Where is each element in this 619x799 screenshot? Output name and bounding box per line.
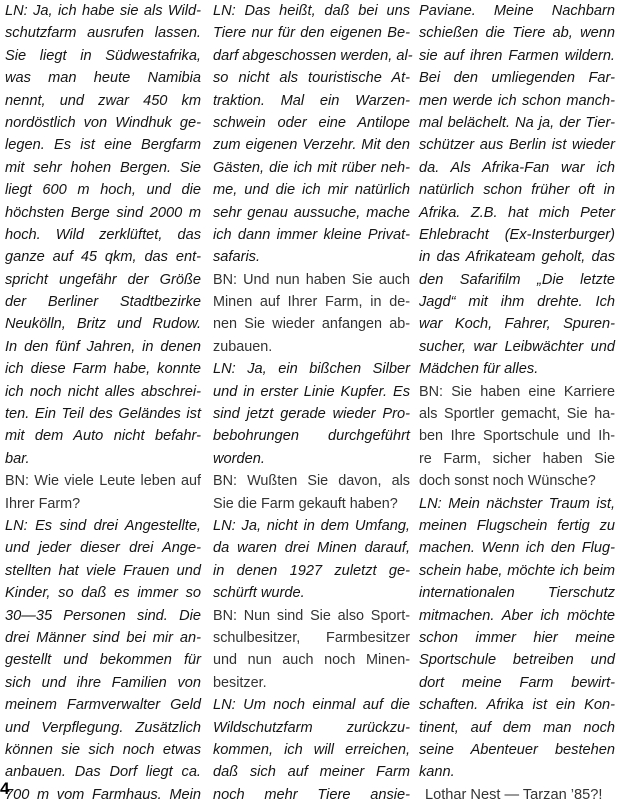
answer-text-line: Kinder, so daß es immer so: [5, 582, 201, 604]
answer-text-line: ganze auf 45 qkm, das ent-: [5, 246, 201, 268]
answer-text-line: Tiere nur für den eigenen Be-: [213, 22, 410, 44]
answer-text-line: 30—35 Personen sind. Die: [5, 605, 201, 627]
answer-text-line: traktion. Mal ein Warzen-: [213, 90, 410, 112]
answer-text-line: mit sehr hohen Bergen. Sie: [5, 157, 201, 179]
answer-text-line: drei Männer sind bei mir an-: [5, 627, 201, 649]
answer-text-line: sucher, war Leibwächter und: [419, 336, 615, 358]
answer-text-line: mitmachen. Aber ich möchte: [419, 605, 615, 627]
question-text-line: BN: Nun sind Sie also Sport-: [213, 605, 410, 627]
question-text-line: nen Sie wieder anfangen ab-: [213, 313, 410, 335]
question-text-line: und nun auch noch Minen-: [213, 649, 410, 671]
answer-text-line: Afrika. Z.B. hat mich Peter: [419, 202, 615, 224]
answer-text-line: sich und ihre Familien von: [5, 672, 201, 694]
answer-text-line: so nicht als touristische At-: [213, 67, 410, 89]
answer-text-line: in denen 1927 zuletzt ge-: [213, 560, 410, 582]
answer-text-line: was man heute Namibia: [5, 67, 201, 89]
question-text-line: doch sonst noch Wünsche?: [419, 470, 615, 492]
answer-text-line: darf abgeschossen werden, al-: [213, 45, 410, 67]
question-text-line: Minen auf Ihrer Farm, in de-: [213, 291, 410, 313]
answer-text-line: und Verpflegung. Zusätzlich: [5, 717, 201, 739]
page-number: 4: [0, 780, 9, 798]
answer-text-line: Wildschutzfarm zurückzu-: [213, 717, 410, 739]
question-text-line: zubauen.: [213, 336, 410, 358]
answer-text-line: Sportschule betreiben und: [419, 649, 615, 671]
answer-text-line: worden.: [213, 448, 410, 470]
answer-text-line: machen. Wenn ich den Flug-: [419, 537, 615, 559]
answer-text-line: mit dem Auto nicht befahr-: [5, 425, 201, 447]
answer-text-line: höchsten Berge sind 2000 m: [5, 202, 201, 224]
answer-text-line: LN: Ja, ich habe sie als Wild-: [5, 0, 201, 22]
question-text-line: besitzer.: [213, 672, 410, 694]
answer-text-line: safaris.: [213, 246, 410, 268]
answer-text-line: schein habe, möchte ich beim: [419, 560, 615, 582]
answer-text-line: men werde ich schon manch-: [419, 90, 615, 112]
answer-text-line: bar.: [5, 448, 201, 470]
answer-text-line: meinem Farmverwalter Geld: [5, 694, 201, 716]
answer-text-line: und in erster Linie Kupfer. Es: [213, 381, 410, 403]
answer-text-line: natürlich schon früher oft in: [419, 179, 615, 201]
answer-text-line: tinent, auf dem man noch: [419, 717, 615, 739]
answer-text-line: seine Abenteuer bestehen: [419, 739, 615, 761]
answer-text-line: können sie sich noch etwas: [5, 739, 201, 761]
answer-text-line: In den fünf Jahren, in denen: [5, 336, 201, 358]
answer-text-line: mal belächelt. Na ja, der Tier-: [419, 112, 615, 134]
answer-text-line: Neukölln, Britz und Rudow.: [5, 313, 201, 335]
answer-text-line: LN: Ja, ein bißchen Silber: [213, 358, 410, 380]
question-text-line: Ihrer Farm?: [5, 493, 201, 515]
answer-text-line: nennt, und zwar 450 km: [5, 90, 201, 112]
answer-text-line: daß sich auf meiner Farm: [213, 761, 410, 783]
answer-text-line: nordöstlich von Windhuk ge-: [5, 112, 201, 134]
answer-text-line: ich diese Farm habe, konnte: [5, 358, 201, 380]
question-text-line: BN: Wie viele Leute leben auf: [5, 470, 201, 492]
answer-text-line: anbauen. Das Dorf liegt ca.: [5, 761, 201, 783]
answer-text-line: in das Afrikateam geholt, das: [419, 246, 615, 268]
answer-text-line: internationalen Tierschutz: [419, 582, 615, 604]
answer-text-line: LN: Um noch einmal auf die: [213, 694, 410, 716]
answer-text-line: hoch. Wild zerklüftet, das: [5, 224, 201, 246]
answer-text-line: Mädchen für alles.: [419, 358, 615, 380]
answer-text-line: war Koch, Fahrer, Spuren-: [419, 313, 615, 335]
answer-text-line: ten. Ein Teil des Geländes ist: [5, 403, 201, 425]
answer-text-line: ich noch nicht alles abschrei-: [5, 381, 201, 403]
answer-text-line: da. Als Afrika-Fan war ich: [419, 157, 615, 179]
answer-text-line: sind jetzt gerade wieder Pro-: [213, 403, 410, 425]
answer-text-line: sie auf ihren Farmen wildern.: [419, 45, 615, 67]
answer-text-line: legen. Es ist eine Bergfarm: [5, 134, 201, 156]
answer-text-line: dort meine Farm bewirt-: [419, 672, 615, 694]
question-text-line: re Farm, sicher haben Sie: [419, 448, 615, 470]
answer-text-line: LN: Das heißt, daß bei uns: [213, 0, 410, 22]
answer-text-line: LN: Ja, nicht in dem Umfang,: [213, 515, 410, 537]
answer-text-line: schürft wurde.: [213, 582, 410, 604]
answer-text-line: schwein oder eine Antilope: [213, 112, 410, 134]
answer-text-line: schützer aus Berlin ist wieder: [419, 134, 615, 156]
answer-text-line: stellten hat viele Frauen und: [5, 560, 201, 582]
column-right: Paviane. Meine Nachbarnschießen die Tier…: [419, 0, 615, 799]
answer-text-line: LN: Mein nächster Traum ist,: [419, 493, 615, 515]
question-text-line: BN: Wußten Sie davon, als: [213, 470, 410, 492]
answer-text-line: den Safarifilm „Die letzte: [419, 269, 615, 291]
answer-text-line: noch mehr Tiere ansie-: [213, 784, 410, 799]
answer-text-line: da waren drei Minen darauf,: [213, 537, 410, 559]
answer-text-line: LN: Es sind drei Angestellte,: [5, 515, 201, 537]
signature-line: Lothar Nest — Tarzan ’85?!: [419, 784, 615, 799]
answer-text-line: bebohrungen durchgeführt: [213, 425, 410, 447]
answer-text-line: Paviane. Meine Nachbarn: [419, 0, 615, 22]
answer-text-line: me, und die ich mir natürlich: [213, 179, 410, 201]
answer-text-line: schießen die Tiere ab, wenn: [419, 22, 615, 44]
answer-text-line: schaften. Afrika ist ein Kon-: [419, 694, 615, 716]
column-left: LN: Ja, ich habe sie als Wild-schutzfarm…: [5, 0, 201, 799]
answer-text-line: sehr genau aussuche, mache: [213, 202, 410, 224]
answer-text-line: zum eigenen Verzehr. Mit den: [213, 134, 410, 156]
answer-text-line: und jeder dieser drei Ange-: [5, 537, 201, 559]
answer-text-line: schutzfarm ausrufen lassen.: [5, 22, 201, 44]
answer-text-line: 700 m vom Farmhaus. Mein: [5, 784, 201, 799]
answer-text-line: liegt 600 m hoch, und die: [5, 179, 201, 201]
question-text-line: BN: Sie haben eine Karriere: [419, 381, 615, 403]
question-text-line: BN: Und nun haben Sie auch: [213, 269, 410, 291]
answer-text-line: Ehlebracht (Ex-Insterburger): [419, 224, 615, 246]
question-text-line: schulbesitzer, Farmbesitzer: [213, 627, 410, 649]
answer-text-line: Gästen, die ich mit rüber neh-: [213, 157, 410, 179]
column-middle: LN: Das heißt, daß bei unsTiere nur für …: [213, 0, 410, 799]
answer-text-line: spricht ungefähr der Größe: [5, 269, 201, 291]
answer-text-line: Sie liegt in Südwestafrika,: [5, 45, 201, 67]
answer-text-line: Jagd“ mit ihm drehte. Ich: [419, 291, 615, 313]
answer-text-line: kann.: [419, 761, 615, 783]
answer-text-line: ich dann immer kleine Privat-: [213, 224, 410, 246]
answer-text-line: schon immer hier meine: [419, 627, 615, 649]
answer-text-line: der Berliner Stadtbezirke: [5, 291, 201, 313]
answer-text-line: meinen Flugschein fertig zu: [419, 515, 615, 537]
answer-text-line: kommen, ich will erreichen,: [213, 739, 410, 761]
question-text-line: ben Ihre Sportschule und Ih-: [419, 425, 615, 447]
answer-text-line: Bei den umliegenden Far-: [419, 67, 615, 89]
question-text-line: Sie die Farm gekauft haben?: [213, 493, 410, 515]
answer-text-line: gestellt und bekommen für: [5, 649, 201, 671]
question-text-line: als Sportler gemacht, Sie ha-: [419, 403, 615, 425]
